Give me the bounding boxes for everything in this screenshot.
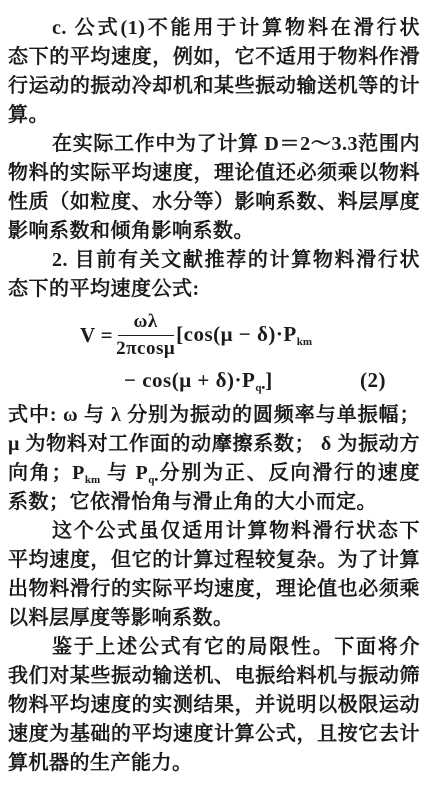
- text-segment: 我们对某些振动输送机、电振给料机与振动筛: [8, 665, 420, 687]
- formula-equation-2: V = ωλ 2πcosμ [cos(μ − δ)·Pkm − cos(μ + …: [8, 304, 420, 401]
- text-segment: 系数；它依滑怡角与滑止角的大小而定。: [8, 491, 377, 513]
- formula-fraction: ωλ 2πcosμ: [116, 311, 175, 360]
- fraction-numerator: ωλ: [118, 311, 174, 336]
- text-segment: 物料的实际平均速度，理论值还必须乘以物料: [8, 162, 420, 184]
- text-line: 这个公式虽仅适用计算物料滑行状态下的: [8, 517, 420, 546]
- text-segment: 鉴于上述公式有它的局限性。下面将介绍: [8, 636, 420, 662]
- formula-line2-expression: − cos(μ + δ)·Pq•]: [124, 368, 273, 394]
- text-segment: c. 公式(1)不能用于计算物料在滑行状: [52, 17, 420, 39]
- text-line: 出物料滑行的实际平均速度，理论值也必须乘: [8, 575, 420, 604]
- text-line: 影响系数和倾角影响系数。: [8, 217, 420, 246]
- text-segment: 向角；P: [8, 462, 85, 484]
- text-segment: 平均速度，但它的计算过程较复杂。为了计算: [8, 549, 420, 571]
- formula-line1-tail: [cos(μ − δ)·Pkm: [176, 322, 312, 348]
- text-line: 我们对某些振动输送机、电振给料机与振动筛: [8, 662, 420, 691]
- text-line: 算机器的生产能力。: [8, 749, 420, 778]
- text-line: 向角；Pkm 与 Pq•分别为正、反向滑行的速度: [8, 459, 420, 488]
- text-line: 平均速度，但它的计算过程较复杂。为了计算: [8, 546, 420, 575]
- text-segment: 在实际工作中为了计算 D＝2～3.3范围内: [52, 133, 420, 155]
- formula-negative-term: − cos(μ + δ)·P: [124, 368, 255, 392]
- text-line: 鉴于上述公式有它的局限性。下面将介绍: [8, 633, 420, 662]
- text-segment: 态下的平均速度，例如，它不适用于物料作滑: [8, 46, 420, 68]
- formula-equals-sign: =: [101, 323, 113, 348]
- subscript-km: km: [297, 336, 312, 348]
- subscript-text: q•: [148, 474, 158, 486]
- text-line: 算。: [8, 101, 420, 130]
- text-segment: 以料层厚度等影响系数。: [8, 607, 234, 629]
- text-line: 式中: ω 与 λ 分别为振动的圆频率与单振幅；: [8, 401, 420, 430]
- text-segment: 影响系数和倾角影响系数。: [8, 220, 254, 242]
- text-line: 以料层厚度等影响系数。: [8, 604, 420, 633]
- text-line: 性质（如粒度、水分等）影响系数、料层厚度: [8, 188, 420, 217]
- formula-line-1: V = ωλ 2πcosμ [cos(μ − δ)·Pkm: [80, 309, 420, 361]
- text-line: 在实际工作中为了计算 D＝2～3.3范围内: [8, 130, 420, 159]
- text-line: 态下的平均速度公式:: [8, 275, 420, 304]
- text-segment: 算机器的生产能力。: [8, 752, 193, 774]
- subscript-qe: q•: [255, 382, 265, 394]
- text-line: 系数；它依滑怡角与滑止角的大小而定。: [8, 488, 420, 517]
- text-segment: 这个公式虽仅适用计算物料滑行状态下的: [8, 520, 420, 546]
- text-block-top: c. 公式(1)不能用于计算物料在滑行状态下的平均速度，例如，它不适用于物料作滑…: [8, 14, 420, 304]
- formula-bracket-term: [cos(μ − δ)·P: [176, 322, 297, 346]
- text-segment: 态下的平均速度公式:: [8, 278, 200, 300]
- text-segment: 与 P: [100, 462, 148, 484]
- text-line: 行运动的振动冷却机和某些振动输送机等的计: [8, 72, 420, 101]
- text-line: 物料的实际平均速度，理论值还必须乘以物料: [8, 159, 420, 188]
- text-segment: 分别为正、反向滑行的速度: [158, 462, 420, 484]
- text-segment: 速度为基础的平均速度计算公式，且按它去计: [8, 723, 420, 745]
- subscript-text: km: [85, 474, 100, 486]
- text-segment: 出物料滑行的实际平均速度，理论值也必须乘: [8, 578, 420, 600]
- text-segment: 性质（如粒度、水分等）影响系数、料层厚度: [8, 191, 420, 213]
- document-page: c. 公式(1)不能用于计算物料在滑行状态下的平均速度，例如，它不适用于物料作滑…: [0, 0, 430, 789]
- fraction-denominator: 2πcosμ: [116, 336, 175, 360]
- text-block-bottom: 式中: ω 与 λ 分别为振动的圆频率与单振幅；μ 为物料对工作面的动摩擦系数；…: [8, 401, 420, 778]
- text-segment: μ 为物料对工作面的动摩擦系数； δ 为振动方: [8, 433, 420, 455]
- text-segment: 算。: [8, 104, 49, 126]
- closing-bracket: ]: [265, 368, 273, 392]
- equation-number: (2): [360, 368, 386, 393]
- text-segment: 式中: ω 与 λ 分别为振动的圆频率与单振幅；: [8, 404, 420, 426]
- formula-line-2: − cos(μ + δ)·Pq•] (2): [80, 366, 420, 395]
- text-segment: 行运动的振动冷却机和某些振动输送机等的计: [8, 75, 420, 97]
- text-line: μ 为物料对工作面的动摩擦系数； δ 为振动方: [8, 430, 420, 459]
- text-segment: 2. 目前有关文献推荐的计算物料滑行状: [52, 249, 420, 271]
- text-line: 态下的平均速度，例如，它不适用于物料作滑: [8, 43, 420, 72]
- text-segment: 物料平均速度的实测结果，并说明以极限运动: [8, 694, 420, 716]
- formula-lhs: V: [80, 323, 96, 348]
- text-line: 2. 目前有关文献推荐的计算物料滑行状: [8, 246, 420, 275]
- text-line: 速度为基础的平均速度计算公式，且按它去计: [8, 720, 420, 749]
- text-line: 物料平均速度的实测结果，并说明以极限运动: [8, 691, 420, 720]
- text-line: c. 公式(1)不能用于计算物料在滑行状: [8, 14, 420, 43]
